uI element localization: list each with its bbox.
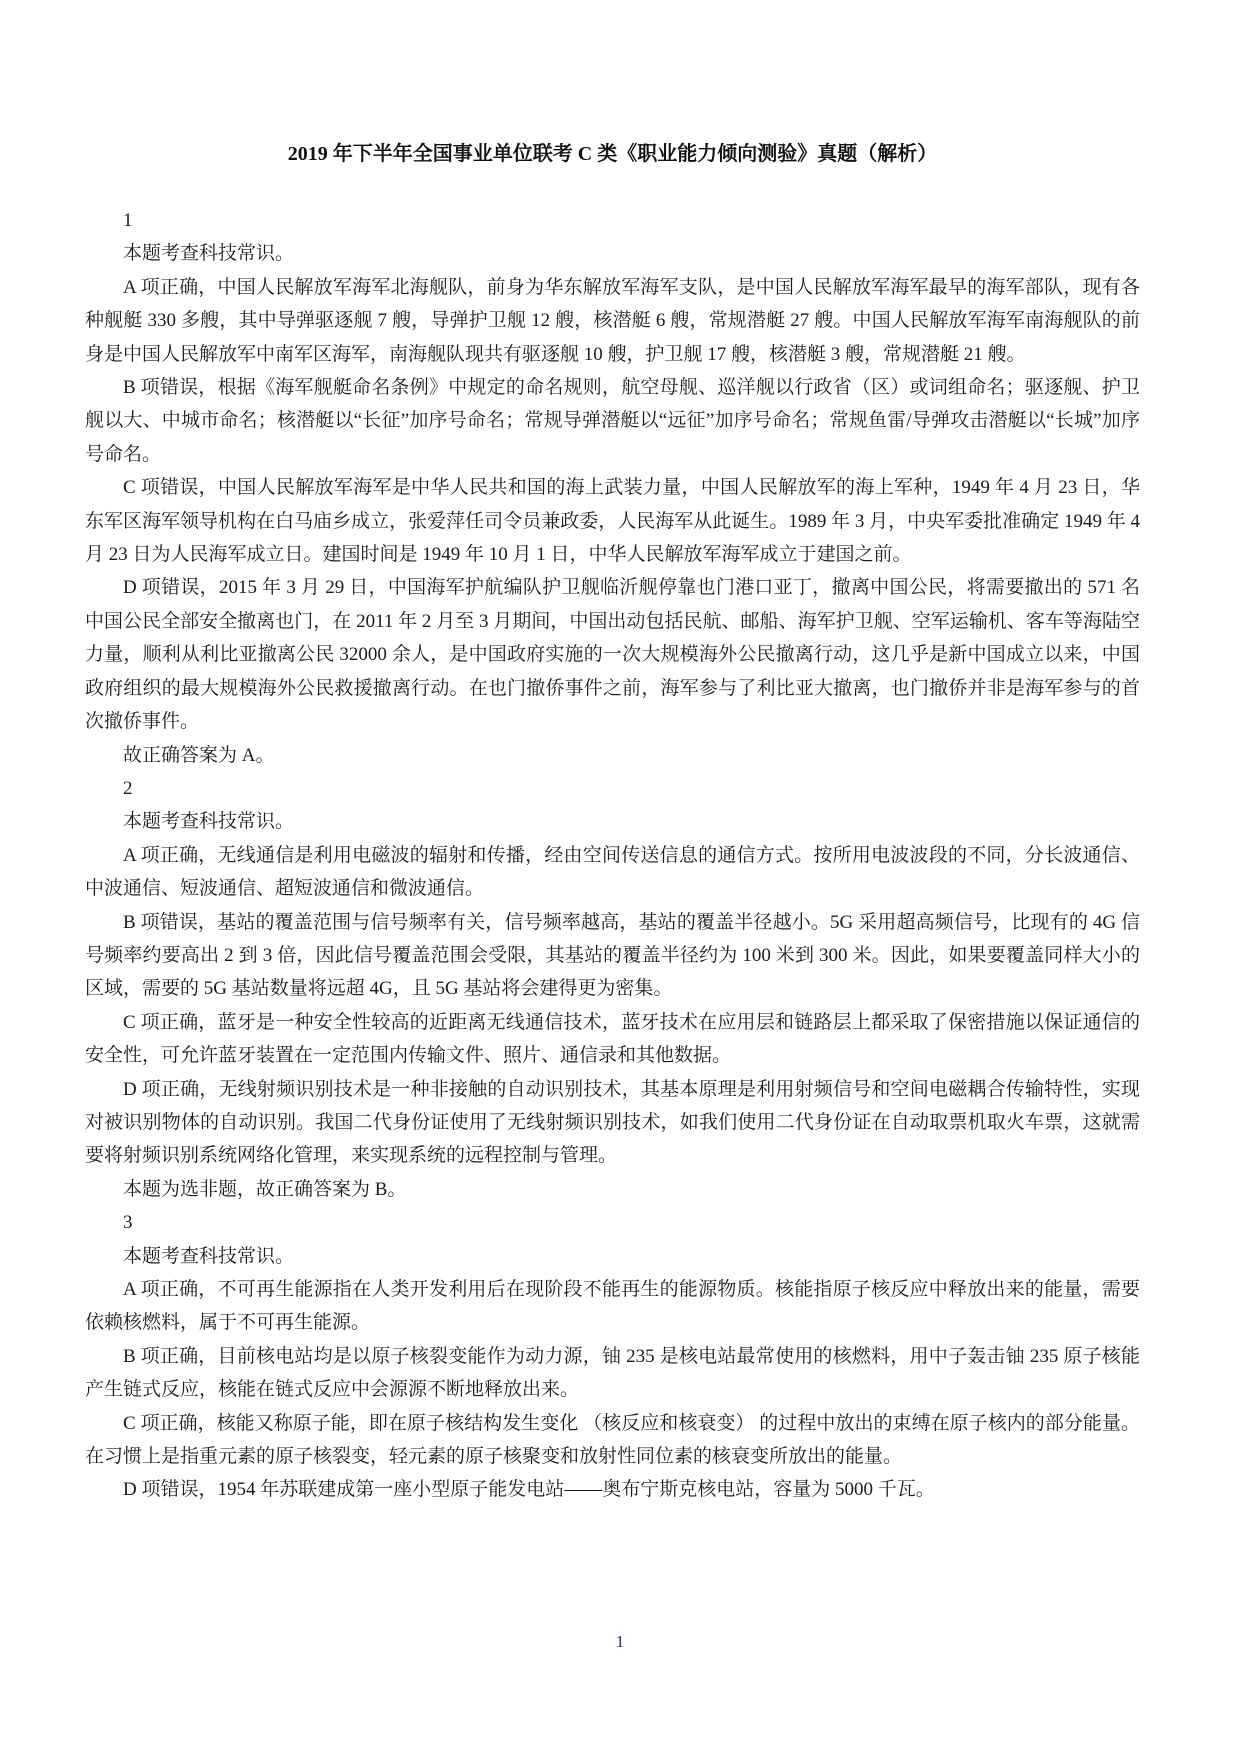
document-title: 2019 年下半年全国事业单位联考 C 类《职业能力倾向测验》真题（解析） [85, 140, 1140, 168]
option-b-analysis: B 项正确，目前核电站均是以原子核裂变能作为动力源，铀 235 是核电站最常使用… [85, 1340, 1140, 1407]
question-number: 2 [85, 772, 1140, 805]
option-a-analysis: A 项正确，不可再生能源指在人类开发利用后在现阶段不能再生的能源物质。核能指原子… [85, 1273, 1140, 1340]
option-c-analysis: C 项错误，中国人民解放军海军是中华人民共和国的海上武装力量，中国人民解放军的海… [85, 471, 1140, 571]
option-d-analysis: D 项错误，1954 年苏联建成第一座小型原子能发电站——奥布宁斯克核电站，容量… [85, 1473, 1140, 1506]
option-d-analysis: D 项错误，2015 年 3 月 29 日，中国海军护航编队护卫舰临沂舰停靠也门… [85, 571, 1140, 738]
option-c-analysis: C 项正确，核能又称原子能，即在原子核结构发生变化 （核反应和核衰变） 的过程中… [85, 1407, 1140, 1474]
option-a-analysis: A 项正确，无线通信是利用电磁波的辐射和传播，经由空间传送信息的通信方式。按所用… [85, 839, 1140, 906]
document-page: 2019 年下半年全国事业单位联考 C 类《职业能力倾向测验》真题（解析） 1 … [0, 0, 1240, 1754]
question-topic-note: 本题考查科技常识。 [85, 1240, 1140, 1273]
option-c-analysis: C 项正确，蓝牙是一种安全性较高的近距离无线通信技术，蓝牙技术在应用层和链路层上… [85, 1006, 1140, 1073]
answer-conclusion: 本题为选非题，故正确答案为 B。 [85, 1173, 1140, 1206]
page-footer: 1 [0, 1632, 1240, 1652]
question-number: 1 [85, 204, 1140, 237]
option-b-analysis: B 项错误，根据《海军舰艇命名条例》中规定的命名规则，航空母舰、巡洋舰以行政省（… [85, 371, 1140, 471]
question-number: 3 [85, 1206, 1140, 1239]
question-topic-note: 本题考查科技常识。 [85, 805, 1140, 838]
question-block-3: 3 本题考查科技常识。 A 项正确，不可再生能源指在人类开发利用后在现阶段不能再… [85, 1206, 1140, 1507]
option-d-analysis: D 项正确，无线射频识别技术是一种非接触的自动识别技术，其基本原理是利用射频信号… [85, 1073, 1140, 1173]
option-a-analysis: A 项正确，中国人民解放军海军北海舰队，前身为华东解放军海军支队，是中国人民解放… [85, 271, 1140, 371]
question-topic-note: 本题考查科技常识。 [85, 237, 1140, 270]
answer-conclusion: 故正确答案为 A。 [85, 739, 1140, 772]
option-b-analysis: B 项错误，基站的覆盖范围与信号频率有关，信号频率越高，基站的覆盖半径越小。5G… [85, 906, 1140, 1006]
page-number: 1 [616, 1632, 625, 1651]
question-block-1: 1 本题考查科技常识。 A 项正确，中国人民解放军海军北海舰队，前身为华东解放军… [85, 204, 1140, 772]
question-block-2: 2 本题考查科技常识。 A 项正确，无线通信是利用电磁波的辐射和传播，经由空间传… [85, 772, 1140, 1206]
